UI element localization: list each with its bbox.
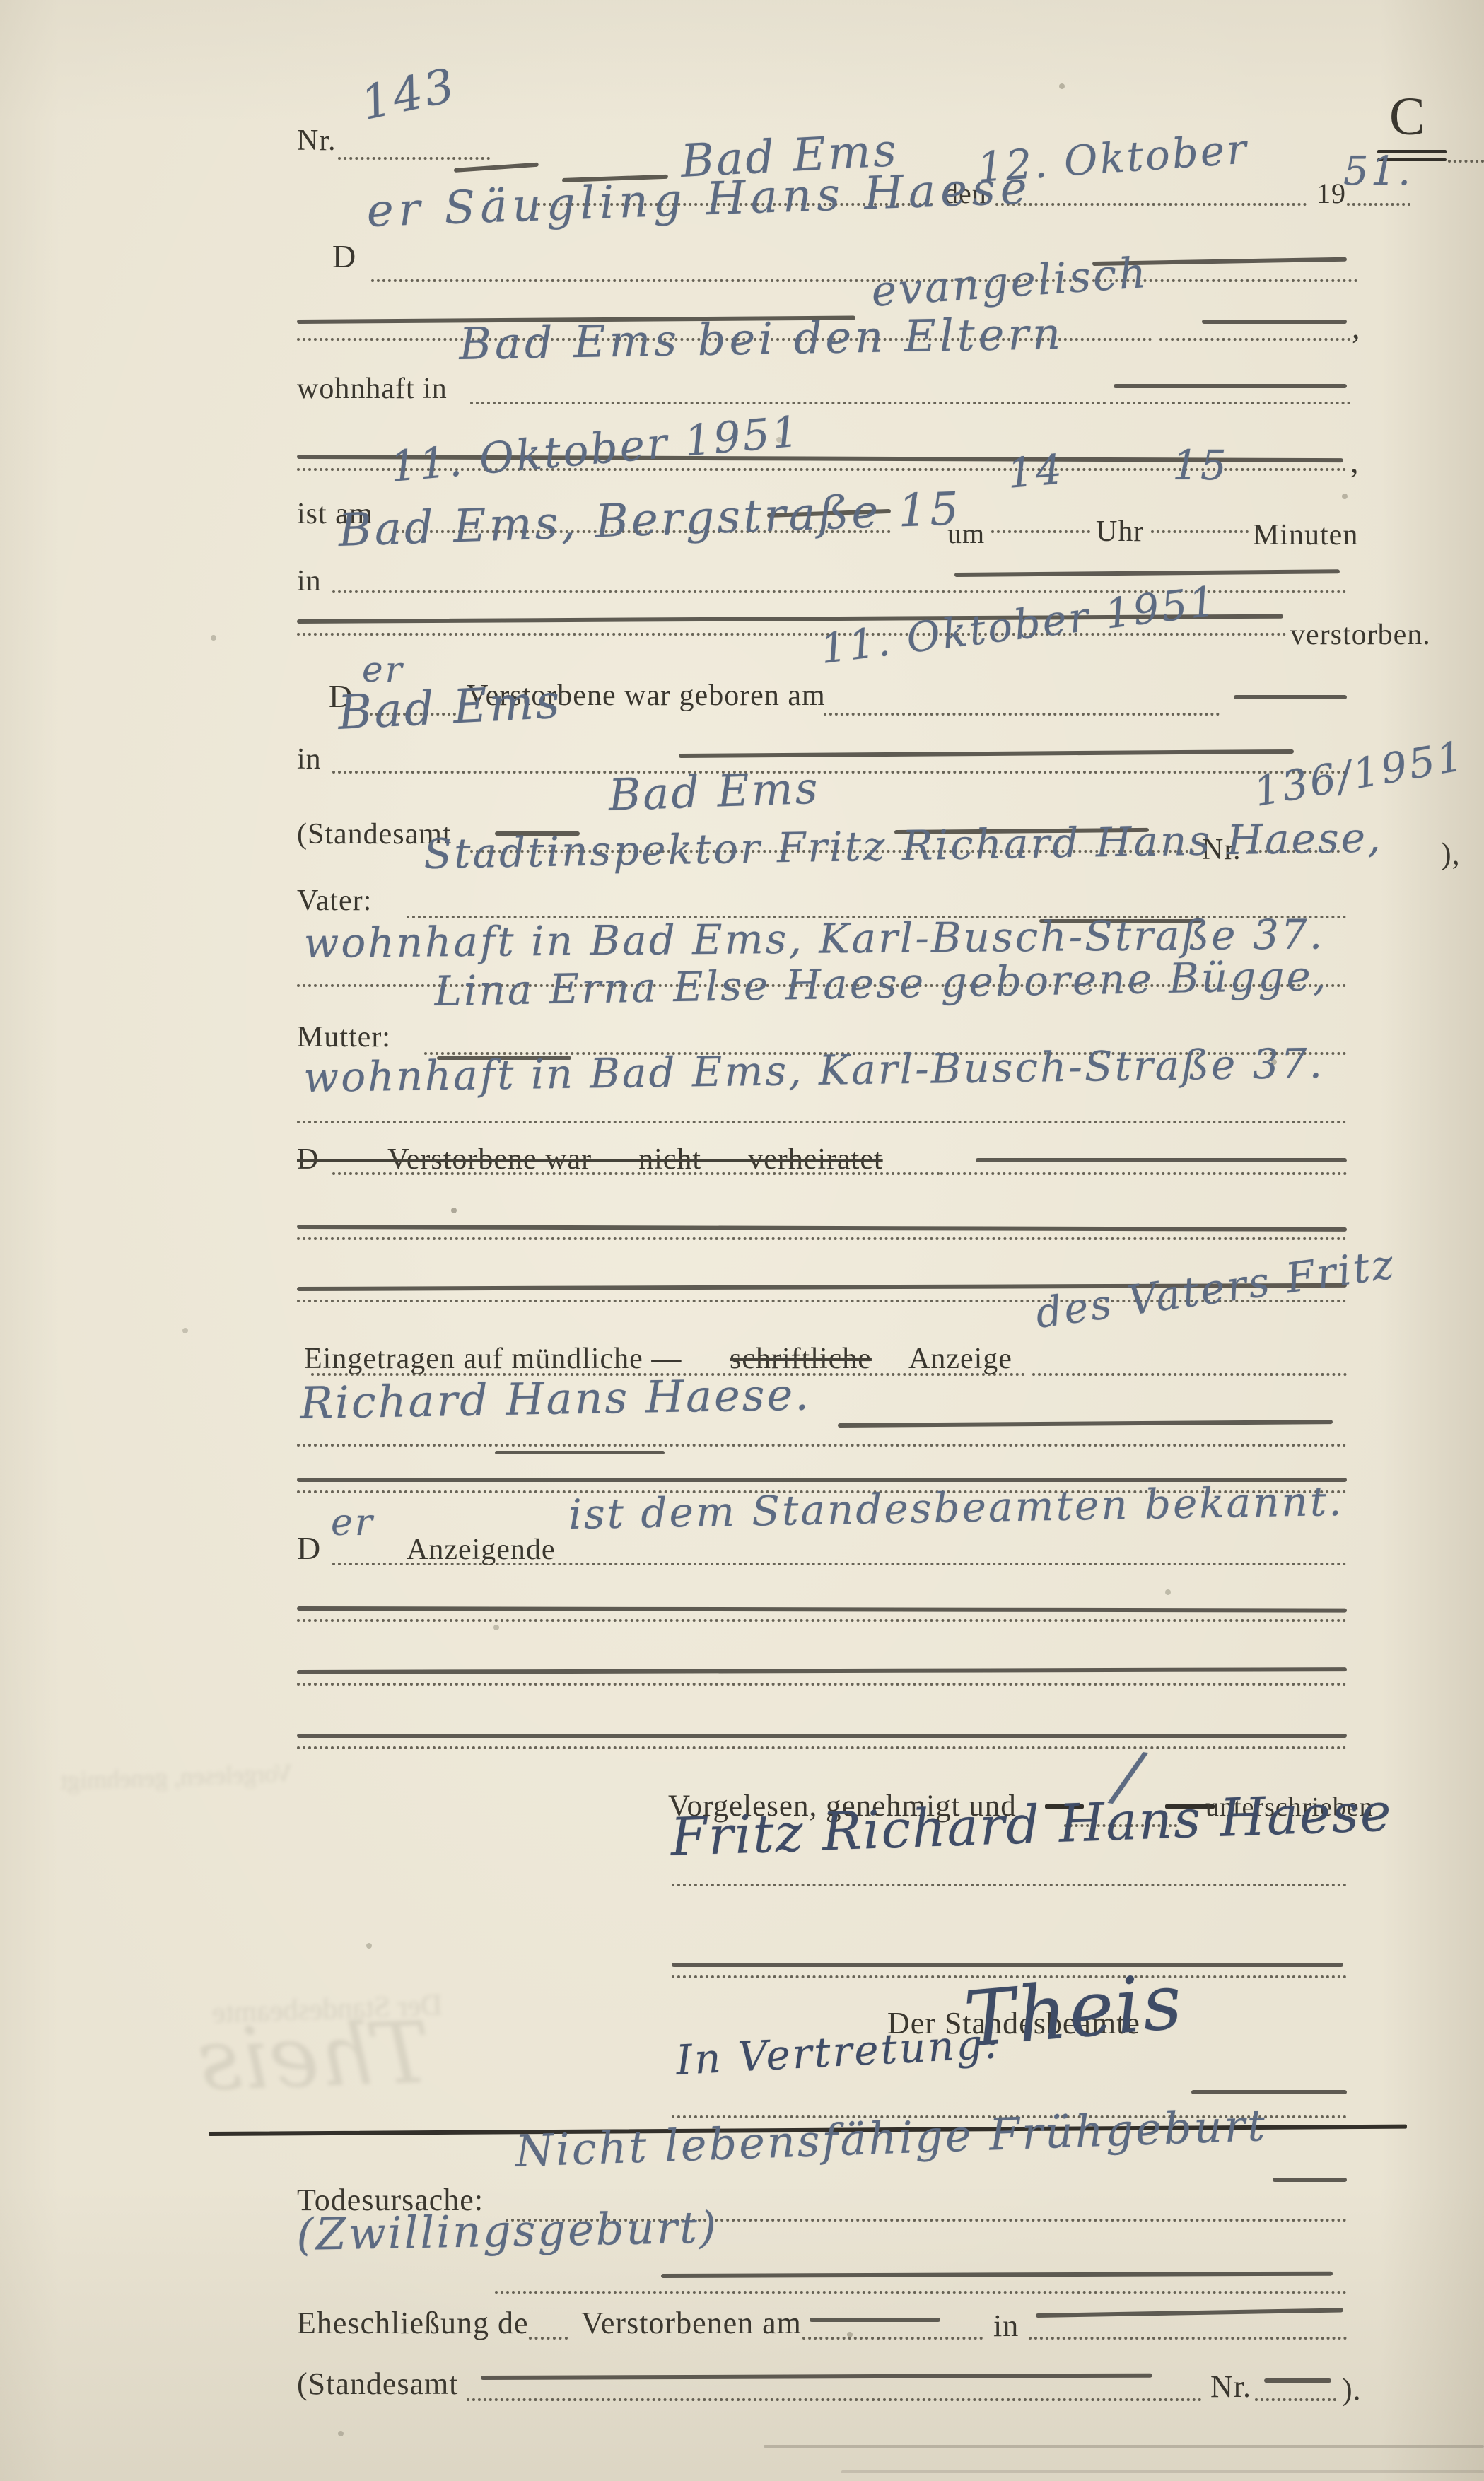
article-d-label: D [332,238,356,275]
record-number-entry: 143 [356,58,461,131]
marriage-place-rule [1029,2337,1347,2340]
uhr-label: Uhr [1096,515,1144,549]
date-line-rule-b [995,203,1307,206]
notifier-entry-rule [297,1444,1347,1447]
residence-entry: Bad Ems bei den Eltern [459,308,1065,370]
pen-stroke [1202,320,1347,324]
declarant-d-ending-entry: er [331,1502,375,1544]
verstorben-label: verstorben. [1290,618,1431,652]
pen-stroke [976,1158,1347,1162]
pen-stroke [838,1420,1333,1428]
pen-stroke [1264,2378,1331,2383]
pen-stroke [297,1225,1347,1232]
year-prefix-label: 19 [1316,177,1346,210]
marital-rule-b [940,1172,1347,1175]
blank-rule-4 [297,1619,1347,1622]
birth-registry-nr-entry: 136/1951 [1250,732,1468,816]
religion-line-rule-b [1159,338,1350,341]
pen-stroke [1191,2090,1347,2094]
mother-residence-entry: wohnhaft in Bad Ems, Karl-Busch-Straße 3… [303,1039,1324,1102]
bleedthrough-rule-2 [841,2470,1484,2473]
father-label: Vater: [297,884,372,918]
paper-specks [0,0,3,3]
mother-label: Mutter: [297,1020,391,1054]
blank-rule-1 [297,1237,1347,1240]
blank-rule-6 [297,1746,1347,1749]
pen-stroke [679,749,1294,758]
record-number-label: Nr. [297,124,337,158]
cause-rule-2 [495,2291,1347,2294]
cause-of-death-entry-2: (Zwillingsgeburt) [296,2202,719,2260]
marriage-registry-nr-label: Nr. [1210,2369,1251,2405]
bleedthrough-signature: Theis [197,2004,432,2110]
marriage-de-rule [529,2337,568,2340]
religion-line-comma: , [1352,308,1361,346]
death-record-page: Der Standesbeamte Theis Vorgelesen, gene… [0,0,1484,2481]
notifier-name-entry-1: des Vaters Fritz [1033,1239,1398,1338]
declarant-rule [332,1563,1347,1565]
deceased-name-entry: er Säugling Hans Haese [366,162,1032,238]
pen-stroke [297,1734,1347,1738]
signature-rule [672,1884,1347,1886]
marital-status-struck-text: D—— Verstorbene war — nicht — verheirate… [297,1143,883,1177]
registered-pre-label: Eingetragen auf mündliche — [304,1342,682,1376]
pen-stroke [1234,695,1347,699]
marriage-date-rule [802,2337,983,2340]
death-minute-entry: 15 [1172,441,1229,489]
marriage-registry-rule [467,2398,1202,2401]
hour-rule [991,530,1090,533]
birth-registry-entry: Bad Ems [607,762,820,821]
deputy-label-entry: In Vertretung: [674,2019,1001,2084]
birth-place-rule [332,771,1347,774]
religion-entry: evangelisch [870,248,1150,317]
pen-stroke [954,569,1340,577]
minuten-label: Minuten [1253,518,1358,552]
pen-stroke [297,1606,1347,1613]
marriage-registry-label: (Standesamt [297,2366,459,2402]
death-place-in-label: in [297,564,322,598]
residence-label: wohnhaft in [297,372,448,406]
pen-stroke [1273,2178,1347,2182]
birth-place-entry: Bad Ems [337,675,563,740]
marriage-registry-paren-label: ). [1342,2371,1362,2407]
pen-stroke [1114,384,1347,388]
pen-stroke [661,2272,1333,2278]
pen-stroke [672,1963,1343,1967]
mother-rule-2 [297,1121,1347,1123]
marriage-label: Eheschließung de [297,2305,529,2341]
birth-registry-paren-label: ), [1441,836,1461,872]
birth-place-in-label: in [297,742,322,776]
declarant-d-label: D [297,1529,321,1567]
marriage-deceased-label: Verstorbenen am [581,2305,802,2341]
registered-post-label: Anzeige [908,1342,1012,1376]
registrar-signature: Theis [961,1957,1187,2065]
form-letter-c: C [1389,86,1426,148]
record-number-rule [338,157,490,160]
residence-line-rule [470,402,1106,404]
death-hour-entry: 14 [1005,445,1065,498]
father-name-entry: Stadtinspektor Fritz Richard Hans Haese, [423,813,1383,878]
pen-stroke [810,2318,940,2322]
bleedthrough-vorgelesen-text: Vorgelesen, genehmigt [59,1758,293,1795]
death-place-entry: Bad Ems, Bergstraße 15 [337,483,962,557]
death-date-entry: 11. Oktober 1951 [388,407,803,492]
pen-stroke [481,2374,1152,2380]
minute-rule [1151,530,1249,533]
pen-stroke [454,163,539,173]
date-line-rule-c [1347,203,1410,206]
declarant-label: Anzeigende [407,1533,556,1567]
registered-rule-b [1032,1373,1347,1376]
residence-line-rule-b [1110,402,1350,404]
pen-underline [495,1451,665,1454]
marriage-in-label: in [993,2308,1019,2344]
pen-stroke [1036,2308,1343,2318]
blank-rule-5 [297,1683,1347,1686]
birth-date-rule [824,713,1220,716]
marriage-registry-nr-rule [1255,2398,1336,2401]
bleedthrough-rule-1 [764,2445,1484,2448]
declarant-known-entry: ist dem Standesbeamten bekannt. [568,1477,1344,1539]
pen-stroke [297,1667,1347,1674]
marital-rule-a [332,1172,940,1175]
cause-of-death-entry-1: Nicht lebensfähige Frühgeburt [514,2099,1268,2177]
form-letter-rule [1448,160,1484,163]
year-entry: 51. [1343,148,1413,194]
notifier-name-entry-2: Richard Hans Haese. [300,1368,812,1429]
continuation-comma: , [1350,443,1360,480]
